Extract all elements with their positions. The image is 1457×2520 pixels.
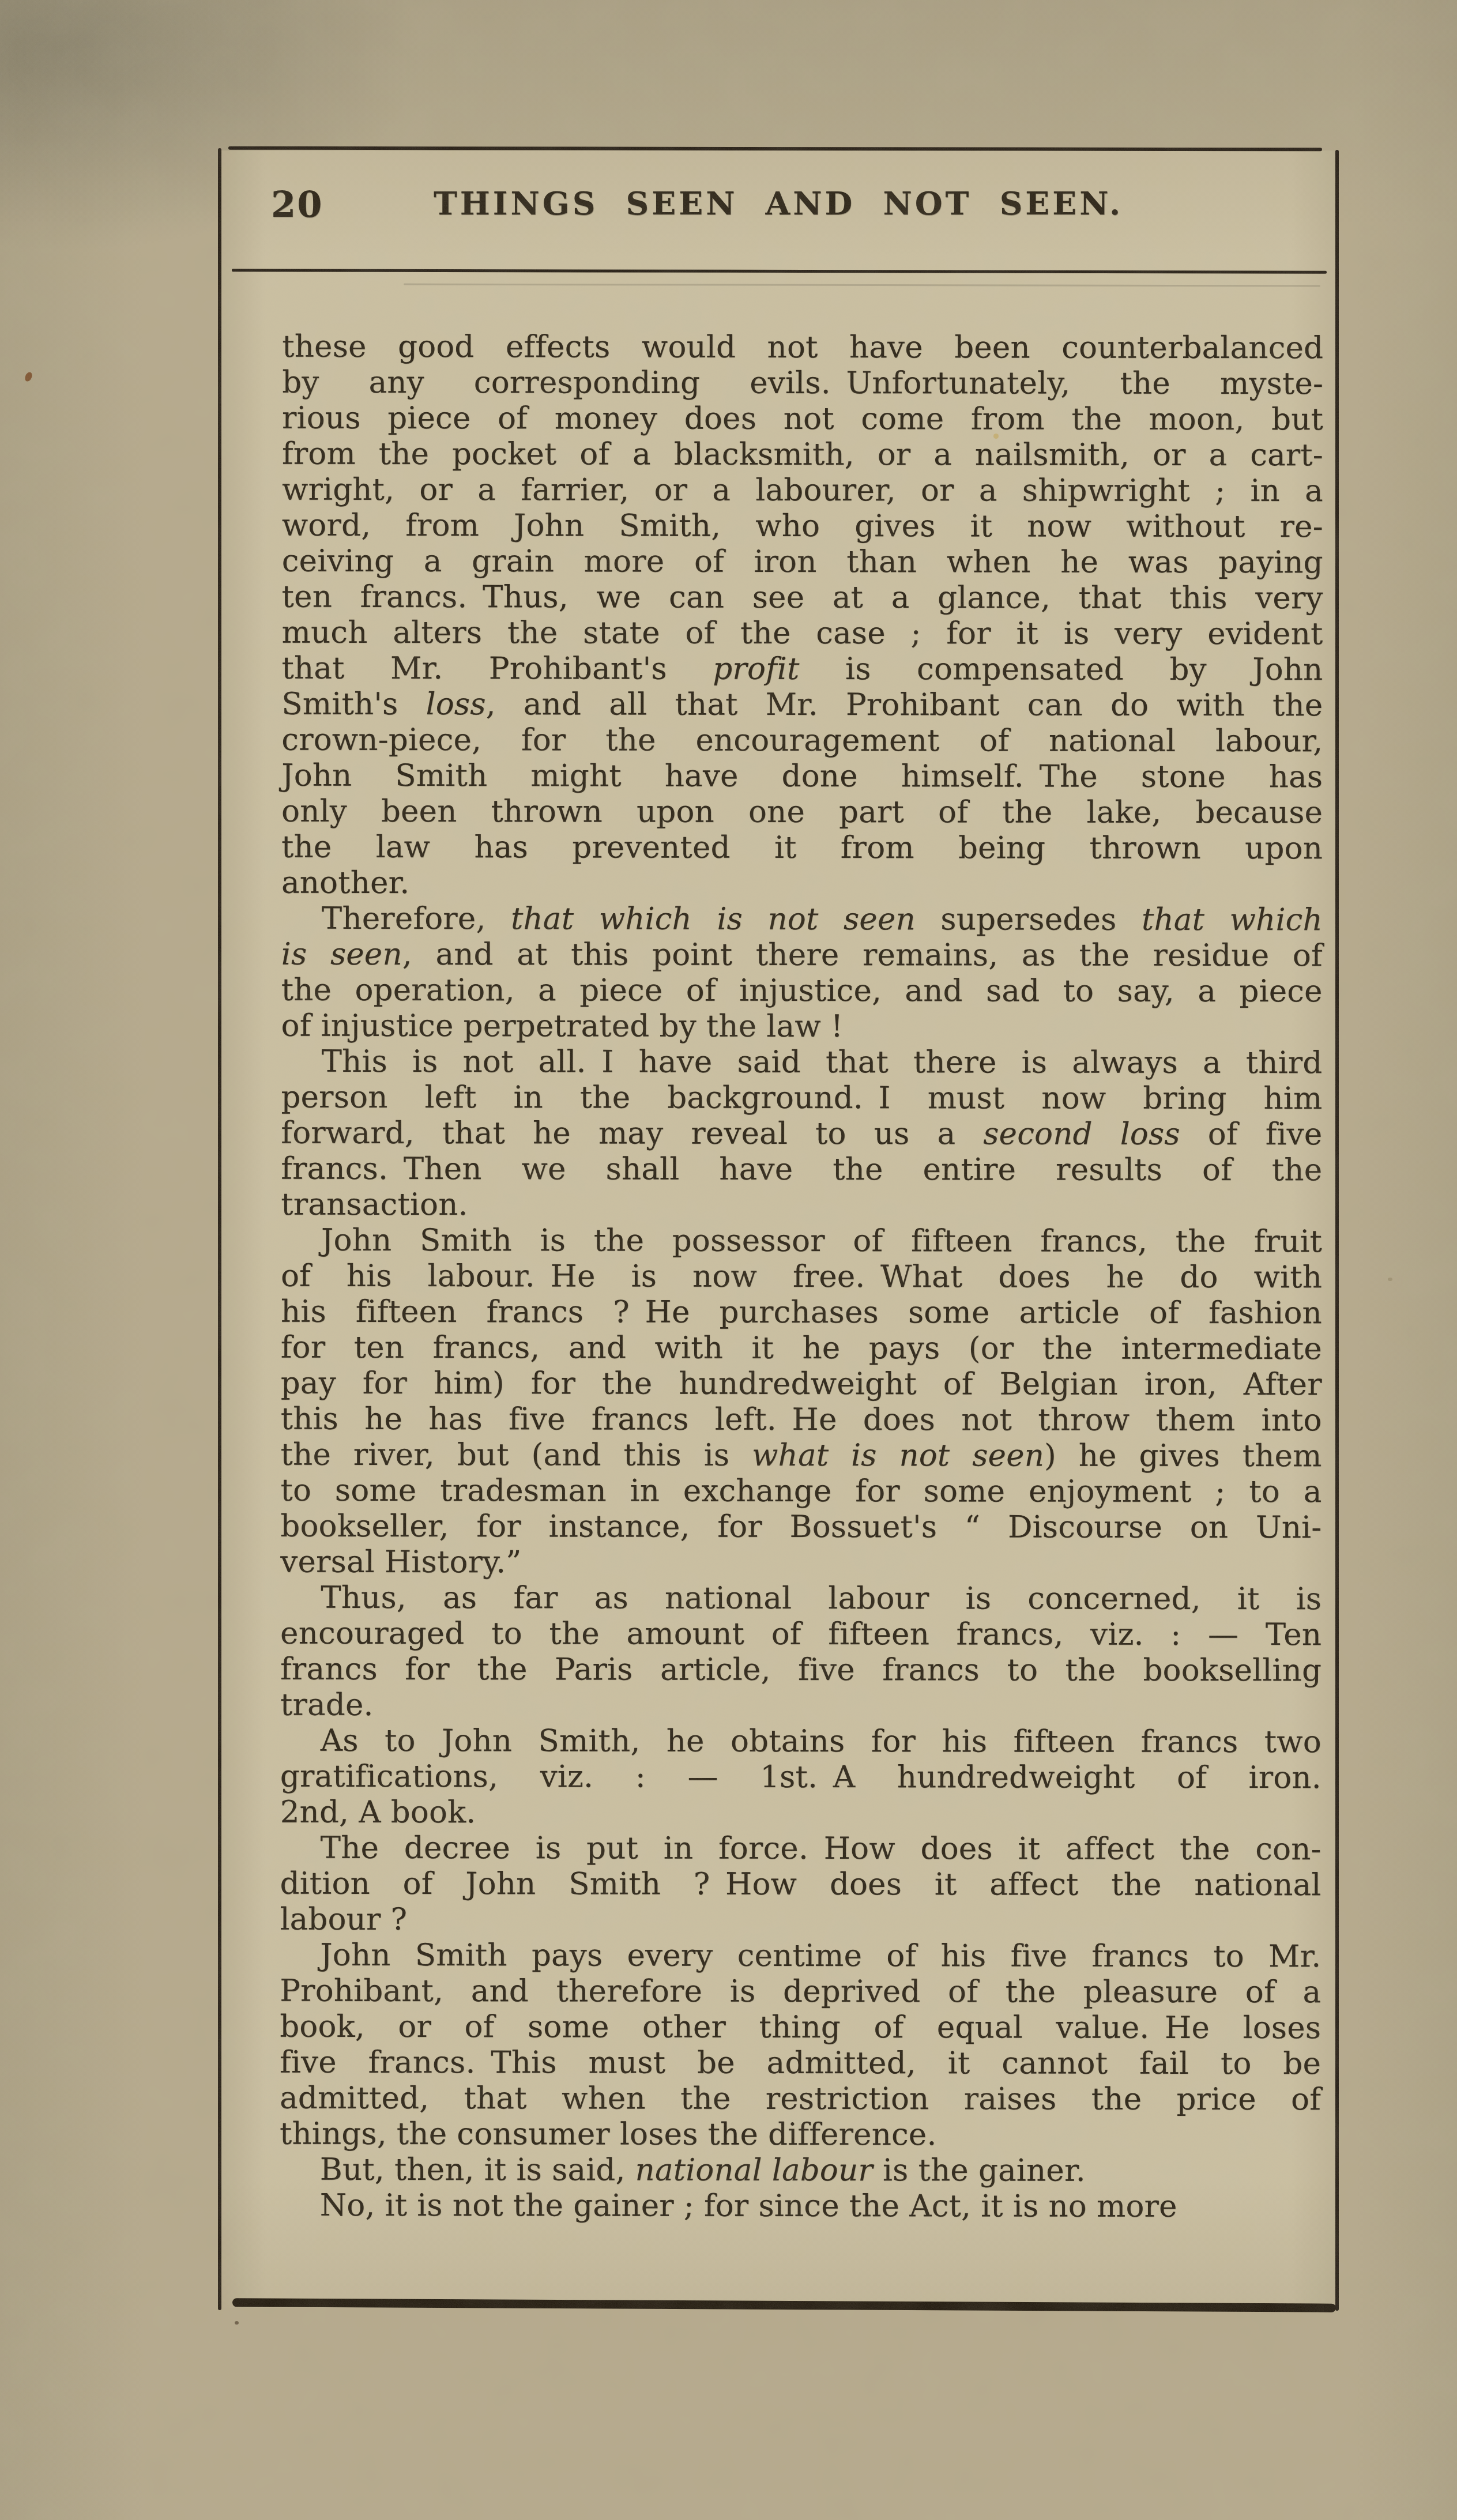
text-line: is seen, and at this point there remains… <box>281 937 1323 974</box>
text-segment: As to John Smith, he obtains for his fif… <box>321 1723 1322 1760</box>
text-line: much alters the state of the case ; for … <box>282 615 1323 653</box>
paragraph: The decree is put in force. How does it … <box>280 1830 1321 1939</box>
text-line: wright, or a farrier, or a labourer, or … <box>282 472 1323 510</box>
text-line: book, or of some other thing of equal va… <box>280 2009 1321 2047</box>
text-line: John Smith is the possessor of fifteen f… <box>281 1223 1322 1260</box>
text-segment: John Smith pays every centime of his fiv… <box>320 1938 1321 1974</box>
running-title: THINGS SEEN AND NOT SEEN. <box>221 184 1336 222</box>
text-line: ceiving a grain more of iron than when h… <box>282 544 1323 581</box>
text-segment: encouraged to the amount of fifteen fran… <box>280 1616 1322 1653</box>
text-segment: Therefore, <box>322 901 511 936</box>
text-line: things, the consumer loses the differenc… <box>280 2116 1321 2154</box>
text-segment: , and at this point there remains, as th… <box>402 937 1323 973</box>
italic-text-segment: is seen <box>281 937 402 972</box>
paragraph: But, then, it is said, national labour i… <box>280 2152 1321 2190</box>
text-block: these good effects would not have been c… <box>280 329 1324 2225</box>
text-segment: 2nd, A book. <box>280 1795 476 1830</box>
text-segment: trade. <box>280 1687 374 1723</box>
paragraph: This is not all. I have said that there … <box>281 1044 1322 1225</box>
text-segment: But, then, it is said, <box>320 2152 635 2188</box>
text-line: these good effects would not have been c… <box>282 329 1323 367</box>
ink-speck <box>24 371 33 382</box>
text-line: encouraged to the amount of fifteen fran… <box>280 1616 1322 1653</box>
text-line: another. <box>281 865 1323 903</box>
text-segment: of five <box>1180 1117 1323 1152</box>
text-line: that Mr. Prohibant's profit is compensat… <box>281 651 1323 688</box>
text-line: bookseller, for instance, for Bossuet's … <box>280 1509 1322 1546</box>
paragraph: Therefore, that which is not seen supers… <box>281 901 1323 1046</box>
text-segment: labour ? <box>280 1902 407 1937</box>
text-segment: is the gainer. <box>873 2153 1086 2188</box>
text-line: by any corresponding evils. Unfortunatel… <box>282 365 1323 402</box>
text-line: Therefore, that which is not seen supers… <box>281 901 1323 939</box>
text-line: only been thrown upon one part of the la… <box>281 794 1323 831</box>
text-line: As to John Smith, he obtains for his fif… <box>280 1723 1322 1761</box>
text-segment: gratifications, viz. : — 1st. A hundredw… <box>280 1759 1322 1796</box>
text-segment: by any corresponding evils. Unfortunatel… <box>282 365 1323 402</box>
text-line: pay for him) for the hundredweight of Be… <box>281 1366 1322 1403</box>
paragraph: John Smith is the possessor of fifteen f… <box>280 1223 1322 1582</box>
text-line: Smith's loss, and all that Mr. Prohibant… <box>281 687 1323 724</box>
text-segment: this he has five francs left. He does no… <box>281 1402 1322 1438</box>
text-line: gratifications, viz. : — 1st. A hundredw… <box>280 1759 1322 1796</box>
text-segment: forward, that he may reveal to us a <box>281 1116 983 1152</box>
text-segment: pay for him) for the hundredweight of Be… <box>281 1366 1322 1403</box>
text-segment: No, it is not the gainer ; for since the… <box>320 2188 1177 2224</box>
text-line: francs for the Paris article, five franc… <box>280 1652 1322 1689</box>
text-line: Thus, as far as national labour is conce… <box>280 1580 1322 1618</box>
text-line: crown-piece, for the encouragement of na… <box>281 722 1323 760</box>
text-segment: supersedes <box>916 902 1142 937</box>
ink-speck <box>1388 1278 1392 1281</box>
scanned-book-page: 20 THINGS SEEN AND NOT SEEN. these good … <box>0 0 1457 2520</box>
text-line: labour ? <box>280 1902 1321 1939</box>
text-segment: ceiving a grain more of iron than when h… <box>282 544 1323 581</box>
text-line: the operation, a piece of injustice, and… <box>281 973 1323 1010</box>
italic-text-segment: second loss <box>983 1116 1180 1151</box>
text-line: the law has prevented it from being thro… <box>281 830 1323 867</box>
text-segment: that Mr. Prohibant's <box>281 651 713 687</box>
text-segment: dition of John Smith ? How does it affec… <box>280 1866 1321 1903</box>
text-segment: of his labour. He is now free. What does… <box>281 1259 1322 1295</box>
paragraph: No, it is not the gainer ; for since the… <box>280 2188 1321 2225</box>
text-line: forward, that he may reveal to us a seco… <box>281 1116 1322 1153</box>
text-line: of injustice perpetrated by the law ! <box>281 1008 1323 1046</box>
text-segment: versal History.” <box>280 1545 521 1580</box>
paragraph: As to John Smith, he obtains for his fif… <box>280 1723 1322 1832</box>
text-segment: his fifteen francs ? He purchases some a… <box>281 1294 1322 1331</box>
text-line: dition of John Smith ? How does it affec… <box>280 1866 1321 1904</box>
text-segment: Thus, as far as national labour is conce… <box>321 1580 1322 1617</box>
text-segment: Prohibant, and therefore is deprived of … <box>280 1973 1321 2010</box>
text-segment: The decree is put in force. How does it … <box>321 1830 1322 1867</box>
text-segment: to some tradesman in exchange for some e… <box>280 1473 1322 1510</box>
text-segment: John Smith is the possessor of fifteen f… <box>321 1223 1322 1259</box>
text-line: the river, but (and this is what is not … <box>281 1437 1322 1475</box>
paragraph: Thus, as far as national labour is conce… <box>280 1580 1322 1725</box>
ink-speck <box>235 2321 239 2325</box>
text-segment: person left in the background. I must no… <box>281 1080 1322 1117</box>
text-line: trade. <box>280 1687 1322 1725</box>
italic-text-segment: national labour <box>635 2153 873 2188</box>
frame-right-rule <box>1335 150 1339 2311</box>
text-line: This is not all. I have said that there … <box>281 1044 1322 1082</box>
text-line: But, then, it is said, national labour i… <box>280 2152 1321 2190</box>
text-segment: francs. Then we shall have the entire re… <box>281 1151 1322 1188</box>
text-segment: these good effects would not have been c… <box>282 329 1323 366</box>
text-segment: the river, but (and this is <box>281 1437 752 1473</box>
text-line: of his labour. He is now free. What does… <box>281 1259 1322 1296</box>
text-segment: bookseller, for instance, for Bossuet's … <box>280 1509 1322 1546</box>
text-line: admitted, that when the restriction rais… <box>280 2081 1321 2118</box>
text-line: ten francs. Thus, we can see at a glance… <box>282 579 1323 617</box>
text-line: person left in the background. I must no… <box>281 1080 1322 1117</box>
frame-left-rule <box>218 148 221 2310</box>
text-line: for ten francs, and with it he pays (or … <box>281 1330 1322 1368</box>
text-line: No, it is not the gainer ; for since the… <box>280 2188 1321 2225</box>
italic-text-segment: what is not seen <box>752 1438 1044 1474</box>
text-line: transaction. <box>281 1187 1322 1225</box>
text-segment: transaction. <box>281 1187 468 1222</box>
italic-text-segment: profit <box>713 651 799 687</box>
text-line: versal History.” <box>280 1545 1322 1582</box>
text-segment: for ten francs, and with it he pays (or … <box>281 1330 1322 1367</box>
text-line: five francs. This must be admitted, it c… <box>280 2045 1321 2082</box>
text-segment: rious piece of money does not come from … <box>282 401 1323 438</box>
text-segment: the law has prevented it from being thro… <box>281 830 1323 867</box>
text-segment: word, from John Smith, who gives it now … <box>282 508 1323 545</box>
text-line: 2nd, A book. <box>280 1795 1322 1832</box>
text-segment: John Smith might have done himself. The … <box>281 758 1323 795</box>
text-line: his fifteen francs ? He purchases some a… <box>281 1294 1322 1332</box>
text-line: John Smith might have done himself. The … <box>281 758 1323 796</box>
text-segment: crown-piece, for the encouragement of na… <box>281 722 1323 759</box>
text-line: francs. Then we shall have the entire re… <box>281 1151 1322 1189</box>
text-line: The decree is put in force. How does it … <box>280 1830 1322 1868</box>
text-line: word, from John Smith, who gives it now … <box>282 508 1323 545</box>
text-line: John Smith pays every centime of his fiv… <box>280 1938 1321 1975</box>
italic-text-segment: that which <box>1142 902 1323 937</box>
text-segment: only been thrown upon one part of the la… <box>281 794 1323 831</box>
text-segment: five francs. This must be admitted, it c… <box>280 2045 1321 2082</box>
ink-speck <box>993 434 999 439</box>
text-segment: ten francs. Thus, we can see at a glance… <box>282 579 1323 616</box>
text-segment: the operation, a piece of injustice, and… <box>281 973 1323 1009</box>
text-line: rious piece of money does not come from … <box>282 401 1323 438</box>
text-line: Prohibant, and therefore is deprived of … <box>280 1973 1321 2011</box>
text-segment: much alters the state of the case ; for … <box>282 615 1323 652</box>
paragraph: these good effects would not have been c… <box>281 329 1323 903</box>
text-segment: Smith's <box>281 687 426 722</box>
italic-text-segment: that which is not seen <box>511 901 916 937</box>
text-line: to some tradesman in exchange for some e… <box>280 1473 1322 1511</box>
text-segment: things, the consumer loses the differenc… <box>280 2116 937 2153</box>
text-segment: another. <box>281 865 409 901</box>
text-segment: is compensated by John <box>799 651 1323 687</box>
text-segment: book, or of some other thing of equal va… <box>280 2009 1321 2046</box>
text-segment: admitted, that when the restriction rais… <box>280 2081 1321 2118</box>
text-segment: from the pocket of a blacksmith, or a na… <box>282 436 1323 473</box>
text-segment: This is not all. I have said that there … <box>321 1044 1322 1080</box>
text-segment: of injustice perpetrated by the law ! <box>281 1008 844 1044</box>
text-segment: wright, or a farrier, or a labourer, or … <box>282 472 1323 509</box>
text-segment: francs for the Paris article, five franc… <box>280 1652 1322 1689</box>
text-segment: , and all that Mr. Prohibant can do with… <box>486 687 1323 723</box>
text-segment: ) he gives them <box>1044 1438 1322 1474</box>
italic-text-segment: loss <box>426 687 486 722</box>
paragraph: John Smith pays every centime of his fiv… <box>280 1938 1322 2154</box>
text-line: this he has five francs left. He does no… <box>281 1402 1322 1439</box>
text-line: from the pocket of a blacksmith, or a na… <box>282 436 1323 474</box>
